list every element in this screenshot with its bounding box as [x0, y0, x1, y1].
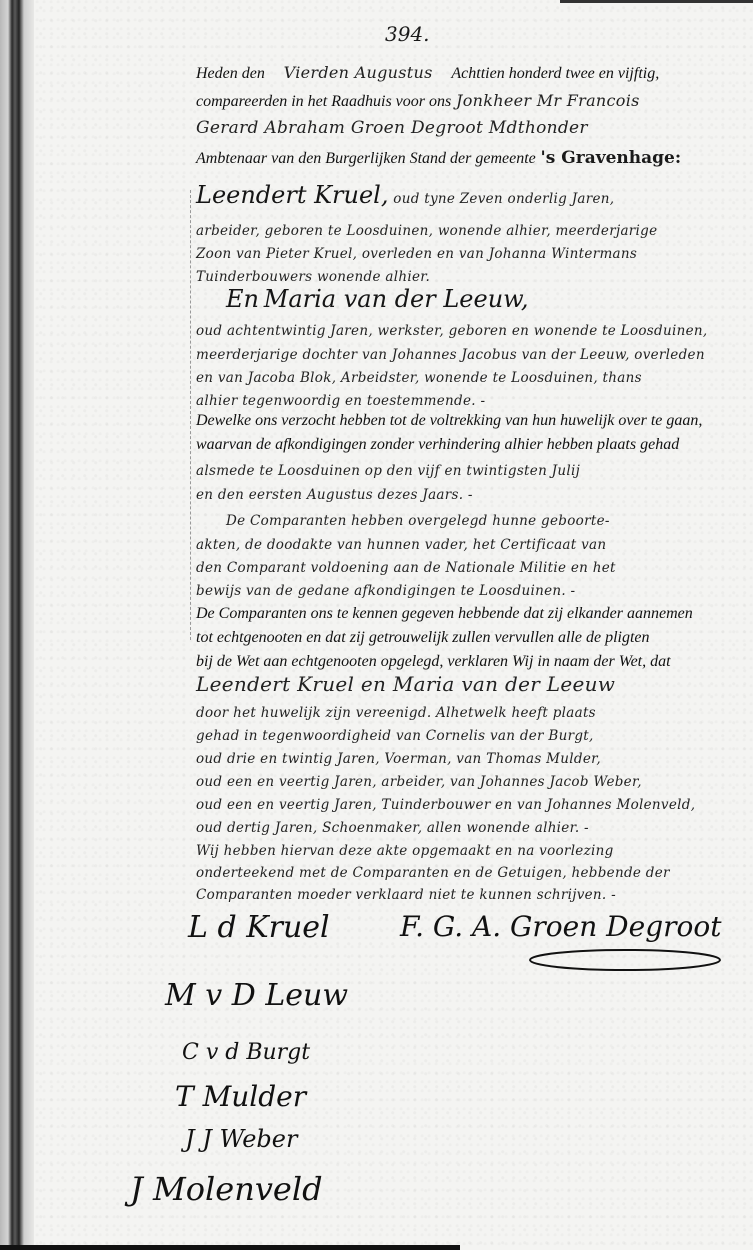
- scanned-document-page: 394. Heden den Vierden Augustus Achttien…: [0, 0, 753, 1250]
- groom-detail: arbeider, geboren te Loosduinen, wonende…: [196, 220, 657, 242]
- bride-detail: en van Jacoba Blok, Arbeidster, wonende …: [196, 367, 642, 389]
- groom-name: Leendert Kruel,: [196, 181, 388, 209]
- couple-names: Leendert Kruel en Maria van der Leeuw: [196, 672, 615, 696]
- printed-text: Ambtenaar van den Burgerlijken Stand der…: [196, 150, 536, 167]
- margin-rule: [190, 190, 191, 640]
- handwritten-clause: De Comparanten hebben overgelegd hunne g…: [226, 510, 610, 532]
- header-line-1: Heden den Vierden Augustus Achttien hond…: [196, 62, 659, 85]
- handwritten-clause: en den eersten Augustus dezes Jaars. -: [196, 484, 473, 506]
- signature-witness: J Molenveld: [130, 1170, 323, 1208]
- printed-clause: tot echtgenooten en dat zij getrouwelijk…: [196, 627, 650, 649]
- groom-line: Leendert Kruel, oud tyne Zeven onderlig …: [196, 184, 614, 210]
- printed-clause: bij de Wet aan echtgenooten opgelegd, ve…: [196, 651, 671, 673]
- handwritten-clause: Wij hebben hiervan deze akte opgemaakt e…: [196, 840, 614, 862]
- signature-bride: M v D Leuw: [165, 978, 348, 1013]
- bride-prefix: En: [226, 285, 259, 313]
- bride-detail: alhier tegenwoordig en toestemmende. -: [196, 390, 485, 412]
- page-top-edge: [560, 0, 753, 3]
- signature-witness: C v d Burgt: [182, 1040, 310, 1065]
- bride-line: En Maria van der Leeuw,: [226, 288, 528, 313]
- municipality-name: 's Gravenhage:: [541, 148, 682, 168]
- printed-clause: Dewelke ons verzocht hebben tot de voltr…: [196, 410, 702, 432]
- handwritten-clause: oud een en veertig Jaren, Tuinderbouwer …: [196, 794, 695, 816]
- handwritten-clause: gehad in tegenwoordigheid van Cornelis v…: [196, 725, 594, 747]
- handwritten-official-name: Gerard Abraham Groen Degroot Mdthonder: [196, 118, 588, 138]
- printed-clause: waarvan de afkondigingen zonder verhinde…: [196, 434, 679, 456]
- handwritten-clause: oud een en veertig Jaren, arbeider, van …: [196, 771, 642, 793]
- groom-detail: Zoon van Pieter Kruel, overleden en van …: [196, 243, 637, 265]
- printed-year: Achttien honderd twee en vijftig,: [451, 65, 659, 82]
- printed-clause: De Comparanten ons te kennen gegeven heb…: [196, 603, 693, 625]
- page-bottom-edge: [0, 1245, 460, 1250]
- handwritten-clause: oud drie en twintig Jaren, Voerman, van …: [196, 748, 601, 770]
- handwritten-clause: den Comparant voldoening aan de National…: [196, 557, 616, 579]
- bride-name: Maria van der Leeuw,: [264, 285, 529, 313]
- page-number: 394.: [385, 22, 430, 46]
- bride-detail: oud achtentwintig Jaren, werkster, gebor…: [196, 320, 707, 342]
- printed-text: compareerden in het Raadhuis voor ons: [196, 93, 451, 110]
- handwritten-clause: bewijs van de gedane afkondigingen te Lo…: [196, 580, 575, 602]
- header-line-4: Ambtenaar van den Burgerlijken Stand der…: [196, 147, 681, 170]
- handwritten-date: Vierden Augustus: [284, 63, 433, 82]
- handwritten-clause: alsmede te Loosduinen op den vijf en twi…: [196, 460, 580, 482]
- header-line-3: Gerard Abraham Groen Degroot Mdthonder: [196, 117, 588, 139]
- bride-detail: meerderjarige dochter van Johannes Jacob…: [196, 344, 705, 366]
- signature-flourish: [525, 945, 725, 975]
- handwritten-official-name: Jonkheer Mr Francois: [456, 91, 640, 110]
- handwritten-clause: akten, de doodakte van hunnen vader, het…: [196, 534, 606, 556]
- signature-witness: T Mulder: [175, 1080, 306, 1113]
- handwritten-clause: Comparanten moeder verklaard niet te kun…: [196, 884, 616, 906]
- handwritten-clause: oud dertig Jaren, Schoenmaker, allen won…: [196, 817, 589, 839]
- signature-witness: J J Weber: [185, 1125, 297, 1153]
- couple-line: Leendert Kruel en Maria van der Leeuw: [196, 673, 615, 697]
- handwritten-clause: door het huwelijk zijn vereenigd. Alhetw…: [196, 702, 596, 724]
- header-line-2: compareerden in het Raadhuis voor ons Jo…: [196, 90, 640, 113]
- printed-text: Heden den: [196, 65, 265, 82]
- book-binding-edge: [0, 0, 34, 1250]
- handwritten-clause: onderteekend met de Comparanten en de Ge…: [196, 862, 670, 884]
- groom-detail: oud tyne Zeven onderlig Jaren,: [393, 191, 614, 207]
- signature-groom: L d Kruel: [188, 910, 330, 945]
- signature-official: F. G. A. Groen Degroot: [400, 910, 721, 943]
